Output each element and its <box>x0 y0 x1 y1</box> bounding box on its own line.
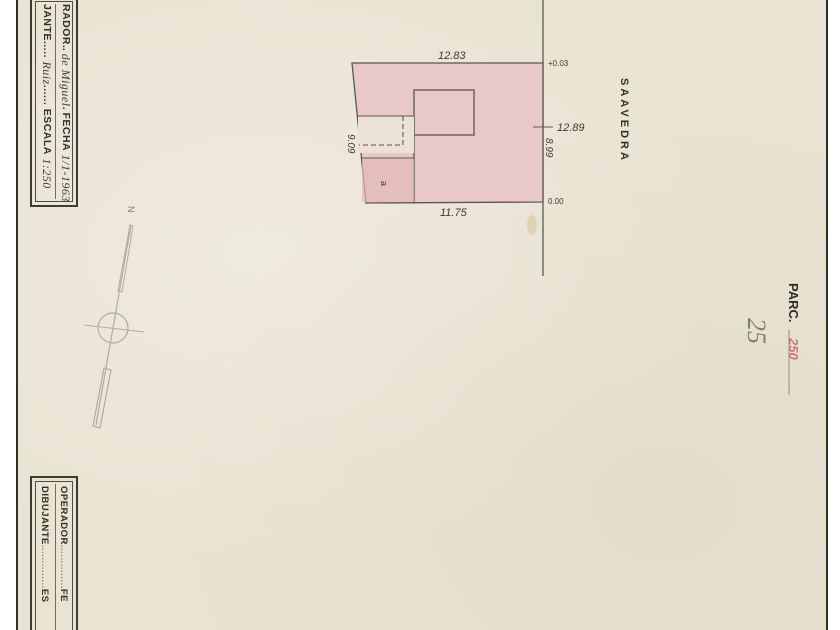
north-label: N <box>126 206 136 213</box>
parcel-number: 250 <box>786 337 801 360</box>
mark-bottom: 0.00 <box>548 197 564 206</box>
dim-left: 9.09 <box>345 134 356 154</box>
street-name: SAAVEDRA <box>618 78 630 163</box>
dim-right: 8.99 <box>543 138 554 158</box>
dim-top: 12.83 <box>438 50 466 62</box>
parcel-label: PARC. <box>786 283 801 322</box>
plan-drawing: 12.83 11.75 9.09 8.99 +0.03 12.89 0.00 a… <box>0 0 840 630</box>
dim-bottom: 11.75 <box>440 207 468 219</box>
mark-top: +0.03 <box>548 59 569 68</box>
mark-middle: 12.89 <box>557 122 585 134</box>
paper-stain <box>527 215 537 235</box>
open-area <box>358 116 414 153</box>
handwritten-note: 25 <box>742 318 771 344</box>
north-arrow-icon <box>84 225 144 428</box>
sub-area-label: a <box>379 181 389 186</box>
